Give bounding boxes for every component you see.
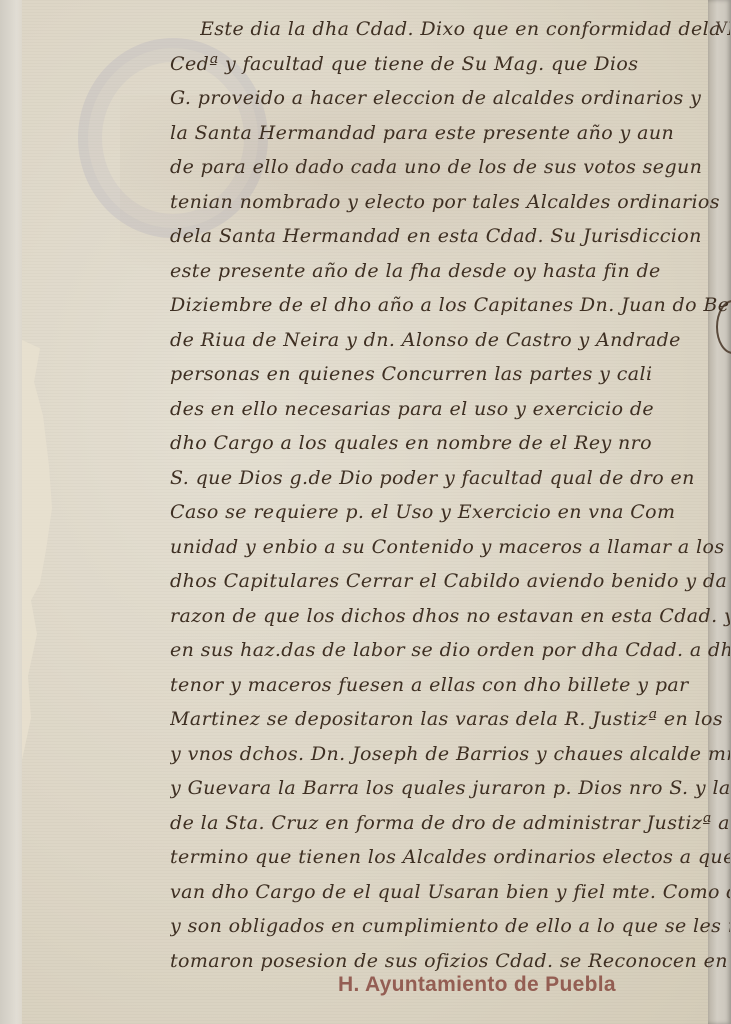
manuscript-line: de Riua de Neira y dn. Alonso de Castro …	[170, 323, 730, 358]
manuscript-line: tenian nombrado y electo por tales Alcal…	[170, 185, 730, 220]
manuscript-line: de la Sta. Cruz en forma de dro de admin…	[170, 806, 730, 841]
manuscript-line: y vnos dchos. Dn. Joseph de Barrios y ch…	[170, 737, 730, 772]
manuscript-line: la Santa Hermandad para este presente añ…	[170, 116, 730, 151]
manuscript-line: tenor y maceros fuesen a ellas con dho b…	[170, 668, 730, 703]
manuscript-line: G. proveido a hacer eleccion de alcaldes…	[170, 81, 730, 116]
manuscript-line: unidad y enbio a su Contenido y maceros …	[170, 530, 730, 565]
manuscript-line: Diziembre de el dho año a los Capitanes …	[170, 288, 730, 323]
manuscript-line: S. que Dios g.de Dio poder y facultad qu…	[170, 461, 730, 496]
manuscript-line: de para ello dado cada uno de los de sus…	[170, 150, 730, 185]
manuscript-line: van dho Cargo de el qual Usaran bien y f…	[170, 875, 730, 910]
manuscript-line: personas en quienes Concurren las partes…	[170, 357, 730, 392]
archive-watermark: H. Ayuntamiento de Puebla	[338, 973, 616, 997]
manuscript-line: Cedª y facultad que tiene de Su Mag. que…	[170, 47, 730, 82]
manuscript-line: des en ello necesarias para el uso y exe…	[170, 392, 730, 427]
manuscript-line: dhos Capitulares Cerrar el Cabildo avien…	[170, 564, 730, 599]
manuscript-line: este presente año de la fha desde oy has…	[170, 254, 730, 289]
manuscript-line: Caso se requiere p. el Uso y Exercicio e…	[170, 495, 730, 530]
manuscript-line: dho Cargo a los quales en nombre de el R…	[170, 426, 730, 461]
manuscript-text-block: Este dia la dha Cdad. Dixo que en confor…	[170, 12, 730, 978]
manuscript-line: razon de que los dichos dhos no estavan …	[170, 599, 730, 634]
manuscript-line: dela Santa Hermandad en esta Cdad. Su Ju…	[170, 219, 730, 254]
manuscript-line: Este dia la dha Cdad. Dixo que en confor…	[200, 12, 730, 47]
manuscript-line: termino que tienen los Alcaldes ordinari…	[170, 840, 730, 875]
manuscript-line: Martinez se depositaron las varas dela R…	[170, 702, 730, 737]
manuscript-line: y son obligados en cumplimiento de ello …	[170, 909, 730, 944]
manuscript-line: en sus haz.das de labor se dio orden por…	[170, 633, 730, 668]
manuscript-line: y Guevara la Barra los quales juraron p.…	[170, 771, 730, 806]
